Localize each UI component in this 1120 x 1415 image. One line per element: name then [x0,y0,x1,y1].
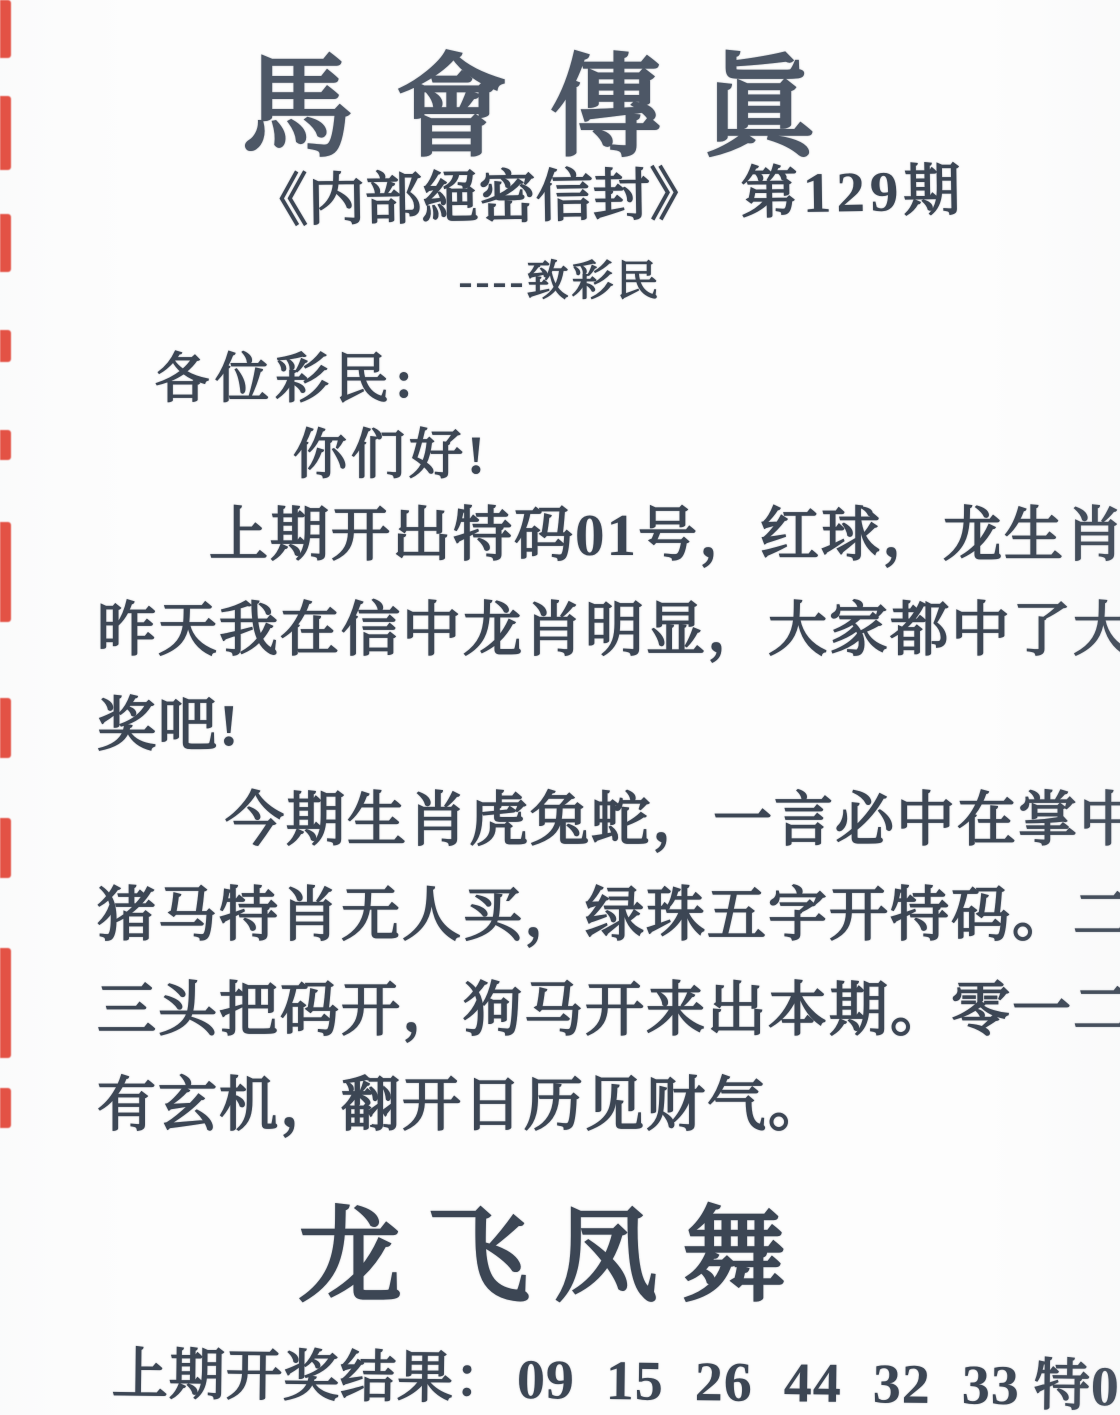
issue-number: 第129期 [740,144,966,230]
scan-edge-mark [0,818,11,878]
scan-edge-mark [0,948,11,1058]
results-numbers: 09 15 26 44 32 33 [511,1349,1021,1415]
scan-edge-mark [0,1088,11,1128]
fax-letter-page: 馬會傳眞 《内部絕密信封》 第129期 ----致彩民 各位彩民: 你们好! 上… [0,0,1120,1415]
scan-edge-mark [0,522,11,622]
paragraph2-line4: 有玄机，翻开日历见财气。 [97,1058,1087,1153]
subtitle-row: 《内部絕密信封》 第129期 [47,141,1120,241]
envelope-subtitle: 《内部絕密信封》 [250,148,707,237]
scan-edge-mark [0,698,11,758]
signature-phrase: 龙飞凤舞 [0,1172,1120,1322]
results-special-number: 特01 [1019,1355,1120,1415]
letter-body: 上期开出特码01号，红球，龙生肖。 昨天我在信中龙肖明显，大家都中了大 奖吧! … [97,488,1087,1153]
paragraph2-line2: 猪马特肖无人买，绿珠五字开特码。二头 [97,868,1087,963]
salutation: 各位彩民: [155,336,419,413]
scan-edge-mark [0,330,11,362]
paragraph2-line1: 今期生肖虎兔蛇，一言必中在掌中。 [97,773,1087,868]
paragraph2-line3: 三头把码开，狗马开来出本期。零一二八 [97,963,1087,1058]
paragraph1-line2: 昨天我在信中龙肖明显，大家都中了大 [97,583,1087,678]
results-label: 上期开奖结果： [112,1344,512,1411]
previous-results-line: 上期开奖结果：09 15 26 44 32 33特01 [112,1330,1120,1415]
paragraph1-line1: 上期开出特码01号，红球，龙生肖。 [97,488,1087,583]
greeting: 你们好! [293,412,489,489]
paragraph1-line3: 奖吧! [97,678,1087,773]
scan-edge-mark [0,430,11,460]
dedication-line: ----致彩民 [0,248,1120,308]
